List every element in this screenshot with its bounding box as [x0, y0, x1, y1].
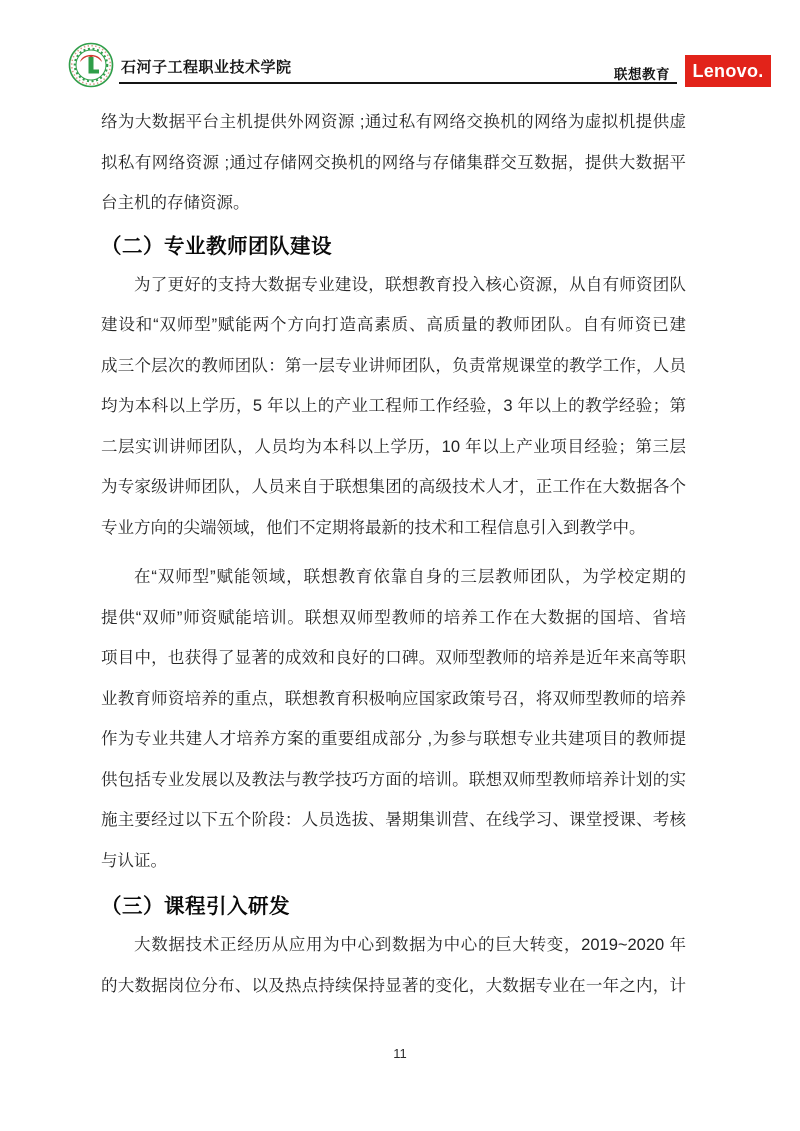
section-heading-2: （二）专业教师团队建设 [101, 233, 686, 261]
text-line: 的大数据岗位分布、以及热点持续保持显著的变化，大数据专业在一年之内，计 [101, 966, 686, 1007]
header-rule [119, 82, 677, 84]
text-line: 大数据技术正经历从应用为中心到数据为中心的巨大转变，2019~2020 年 [101, 925, 686, 966]
text-line: 均为本科以上学历，5 年以上的产业工程师工作经验，3 年以上的教学经验；第 [101, 386, 686, 427]
text-line: 提供“双师”师资赋能培训。联想双师型教师的培养工作在大数据的国培、省培 [101, 598, 686, 639]
text-line: 与认证。 [101, 841, 686, 882]
text-line: 为了更好的支持大数据专业建设，联想教育投入核心资源，从自有师资团队 [101, 265, 686, 306]
text-line: 作为专业共建人才培养方案的重要组成部分 ,为参与联想专业共建项目的教师提 [101, 719, 686, 760]
text-line: 施主要经过以下五个阶段：人员选拔、暑期集训营、在线学习、课堂授课、考核 [101, 800, 686, 841]
paragraph-intro: 络为大数据平台主机提供外网资源 ;通过私有网络交换机的网络为虚拟机提供虚拟私有网… [101, 102, 686, 224]
school-emblem-icon [68, 42, 114, 88]
lenovo-logo: Lenovo. [685, 55, 771, 87]
page-footer: 11 [0, 1046, 800, 1061]
lenovo-logo-text: Lenovo. [692, 61, 763, 82]
paragraph-teachers-2: 在“双师型”赋能领域，联想教育依靠自身的三层教师团队，为学校定期的提供“双师”师… [101, 557, 686, 881]
text-line: 供包括专业发展以及教法与教学技巧方面的培训。联想双师型教师培养计划的实 [101, 760, 686, 801]
paragraph-teachers-1: 为了更好的支持大数据专业建设，联想教育投入核心资源，从自有师资团队建设和“双师型… [101, 265, 686, 549]
text-line: 成三个层次的教师团队：第一层专业讲师团队，负责常规课堂的教学工作，人员 [101, 346, 686, 387]
text-line: 台主机的存储资源。 [101, 183, 686, 224]
page-number: 11 [393, 1046, 407, 1061]
paragraph-curriculum: 大数据技术正经历从应用为中心到数据为中心的巨大转变，2019~2020 年的大数… [101, 925, 686, 1006]
text-line: 二层实训讲师团队，人员均为本科以上学历，10 年以上产业项目经验；第三层 [101, 427, 686, 468]
text-line: 络为大数据平台主机提供外网资源 ;通过私有网络交换机的网络为虚拟机提供虚 [101, 102, 686, 143]
text-line: 拟私有网络资源 ;通过存储网交换机的网络与存储集群交互数据，提供大数据平 [101, 143, 686, 184]
document-body: 络为大数据平台主机提供外网资源 ;通过私有网络交换机的网络为虚拟机提供虚拟私有网… [101, 102, 686, 1015]
text-line: 专业方向的尖端领域，他们不定期将最新的技术和工程信息引入到教学中。 [101, 508, 686, 549]
text-line: 业教育师资培养的重点，联想教育积极响应国家政策号召，将双师型教师的培养 [101, 679, 686, 720]
text-line: 建设和“双师型”赋能两个方向打造高素质、高质量的教师团队。自有师资已建 [101, 305, 686, 346]
text-line: 项目中，也获得了显著的成效和良好的口碑。双师型教师的培养是近年来高等职 [101, 638, 686, 679]
school-name: 石河子工程职业技术学院 [121, 56, 292, 77]
document-page: 石河子工程职业技术学院 联想教育 Lenovo. 络为大数据平台主机提供外网资源… [0, 0, 800, 1131]
page-header: 石河子工程职业技术学院 联想教育 Lenovo. [0, 0, 800, 100]
text-line: 为专家级讲师团队，人员来自于联想集团的高级技术人才，正工作在大数据各个 [101, 467, 686, 508]
text-line: 在“双师型”赋能领域，联想教育依靠自身的三层教师团队，为学校定期的 [101, 557, 686, 598]
lenovo-education-label: 联想教育 [614, 63, 670, 83]
section-heading-3: （三）课程引入研发 [101, 893, 686, 921]
